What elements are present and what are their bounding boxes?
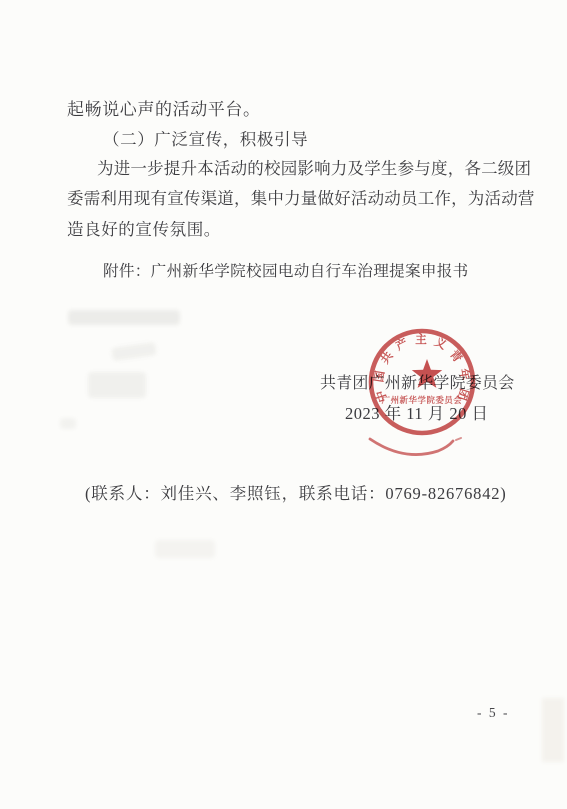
body-text-line: 委需利用现有宣传渠道，集中力量做好活动动员工作，为活动营 bbox=[67, 191, 535, 208]
showthrough-smudge bbox=[111, 342, 156, 361]
showthrough-smudge bbox=[88, 372, 146, 398]
body-text-line: 造良好的宣传氛围。 bbox=[67, 222, 221, 239]
section-heading: （二）广泛宣传，积极引导 bbox=[103, 132, 308, 149]
contact-line: (联系人：刘佳兴、李照钰，联系电话：0769-82676842) bbox=[85, 486, 507, 503]
scanned-document-page: 起畅说心声的活动平台。 （二）广泛宣传，积极引导 为进一步提升本活动的校园影响力… bbox=[0, 0, 567, 809]
showthrough-smudge bbox=[60, 418, 76, 429]
showthrough-smudge bbox=[155, 540, 215, 558]
attachment-line: 附件：广州新华学院校园电动自行车治理提案申报书 bbox=[103, 264, 469, 280]
body-text-line: 为进一步提升本活动的校园影响力及学生参与度，各二级团 bbox=[97, 161, 531, 178]
red-star-icon bbox=[412, 359, 442, 388]
official-seal-stamp: 中国共产主义青年团 广州新华学院委员会 bbox=[352, 312, 502, 472]
scan-edge-artifact bbox=[542, 698, 564, 762]
showthrough-smudge bbox=[68, 310, 180, 325]
seal-inner-text: 广州新华学院委员会 bbox=[382, 395, 463, 405]
seal-ink-smear bbox=[370, 439, 453, 455]
body-text-line: 起畅说心声的活动平台。 bbox=[67, 101, 261, 118]
page-number: - 5 - bbox=[477, 706, 510, 720]
seal-ink-smear-tip bbox=[456, 438, 461, 440]
